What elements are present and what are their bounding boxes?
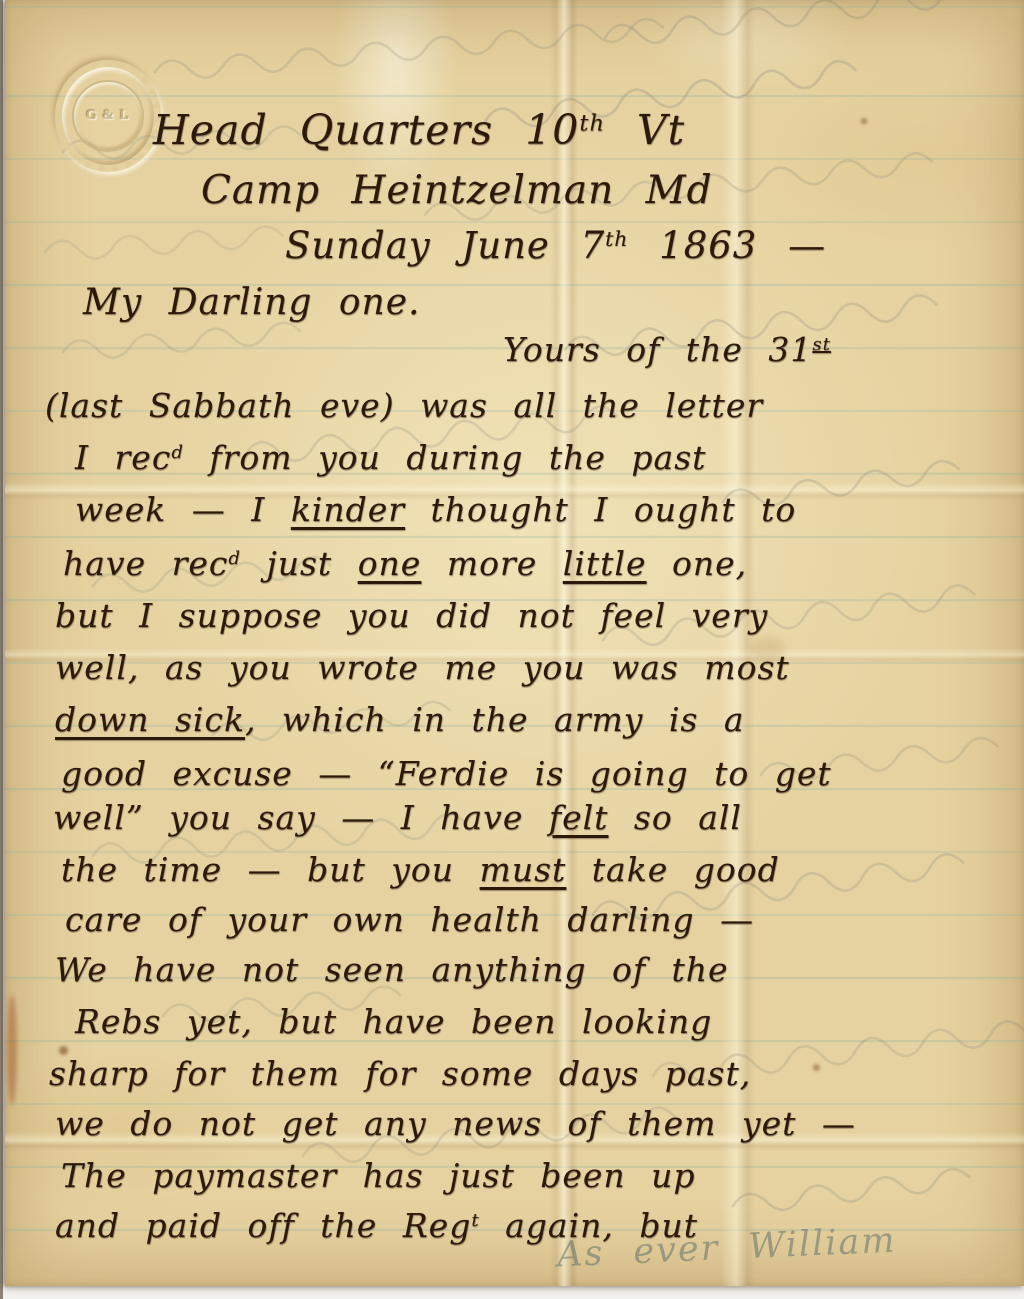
text-segment: felt [549, 798, 609, 837]
text-segment: Sunday June 7 [285, 224, 605, 267]
letter-line: we do not get any news of them yet — [55, 1104, 856, 1143]
text-segment: little [563, 544, 647, 583]
text-segment: Head Quarters 10 [153, 106, 579, 154]
text-segment: week — I [75, 490, 291, 529]
text-segment: We have not seen anything of the [55, 950, 729, 989]
text-segment: down sick [55, 700, 245, 739]
stain [7, 995, 17, 1105]
text-segment: so all [608, 798, 742, 837]
letter-line: have recd just one more little one, [63, 544, 747, 583]
stain [861, 118, 867, 124]
letter-line: (last Sabbath eve) was all the letter [45, 386, 763, 425]
letter-line: well, as you wrote me you was most [55, 648, 790, 687]
letter-line: I recd from you during the past [75, 438, 706, 477]
text-segment: thought I ought to [405, 490, 796, 529]
text-segment: , which in the army is a [245, 700, 745, 739]
text-segment: I rec [75, 438, 171, 477]
letter-line: The paymaster has just been up [61, 1156, 696, 1195]
text-segment: d [171, 442, 184, 463]
text-segment: care of your own health darling — [65, 900, 754, 939]
text-segment: th [605, 227, 628, 251]
letter-line: Rebs yet, but have been looking [75, 1002, 712, 1041]
text-segment: d [228, 548, 241, 569]
text-segment: well, as you wrote me you was most [55, 648, 790, 687]
stamp-oval: G & L [72, 80, 144, 152]
salutation-line: My Darling one. [83, 282, 421, 323]
text-segment: the time — but you [61, 850, 480, 889]
embossed-stationery-stamp: G & L [55, 60, 161, 172]
text-segment: Vt [605, 106, 685, 154]
letter-line: week — I kinder thought I ought to [75, 490, 796, 529]
text-segment: kinder [291, 490, 405, 529]
scanned-letter-page: G & L As ever William Head Quarters 10th… [0, 0, 1024, 1299]
text-segment: well” you say — I have [53, 798, 549, 837]
letter-line: care of your own health darling — [65, 900, 754, 939]
letter-line: and paid off the Regt again, but [55, 1206, 698, 1245]
text-segment: more [421, 544, 562, 583]
text-segment: 1863 — [628, 224, 826, 267]
text-segment: th [579, 110, 605, 136]
letter-line: well” you say — I have felt so all [53, 798, 742, 837]
letter-line: but I suppose you did not feel very [55, 596, 768, 635]
text-segment: must [480, 850, 567, 889]
letter-line: We have not seen anything of the [55, 950, 729, 989]
text-segment: one, [647, 544, 748, 583]
letterhead-line: Sunday June 7th 1863 — [285, 224, 826, 267]
text-segment: take good [566, 850, 779, 889]
text-segment: again, but [480, 1206, 698, 1245]
letter-line: good excuse — “Ferdie is going to get [61, 754, 832, 793]
letterhead-line: Head Quarters 10th Vt [153, 106, 685, 154]
text-segment: The paymaster has just been up [61, 1156, 696, 1195]
text-segment: but I suppose you did not feel very [55, 596, 768, 635]
text-segment: from you during the past [184, 438, 707, 477]
letter-line: Yours of the 31st [503, 330, 831, 369]
letterhead-line: Camp Heintzelman Md [201, 168, 713, 213]
scan-edge-shadow [0, 0, 3, 1299]
text-segment: good excuse — “Ferdie is going to get [61, 754, 832, 793]
letter-line: the time — but you must take good [61, 850, 780, 889]
text-segment: sharp for them for some days past, [49, 1054, 751, 1093]
text-segment: one [358, 544, 422, 583]
text-segment: and paid off the Reg [55, 1206, 471, 1245]
text-segment: Yours of the 31 [503, 330, 812, 369]
text-segment: just [241, 544, 358, 583]
text-segment: t [471, 1210, 479, 1231]
letter-paper: G & L As ever William Head Quarters 10th… [5, 0, 1024, 1286]
text-segment: (last Sabbath eve) was all the letter [45, 386, 763, 425]
letter-line: sharp for them for some days past, [49, 1054, 751, 1093]
stamp-monogram: G & L [86, 108, 130, 124]
text-segment: Camp Heintzelman Md [201, 168, 713, 213]
text-segment: we do not get any news of them yet — [55, 1104, 856, 1143]
text-segment: st [812, 334, 831, 355]
letter-line: down sick, which in the army is a [55, 700, 745, 739]
text-segment: Rebs yet, but have been looking [75, 1002, 712, 1041]
text-segment: My Darling one. [83, 282, 421, 323]
stain [813, 1064, 820, 1071]
text-segment: have rec [63, 544, 228, 583]
